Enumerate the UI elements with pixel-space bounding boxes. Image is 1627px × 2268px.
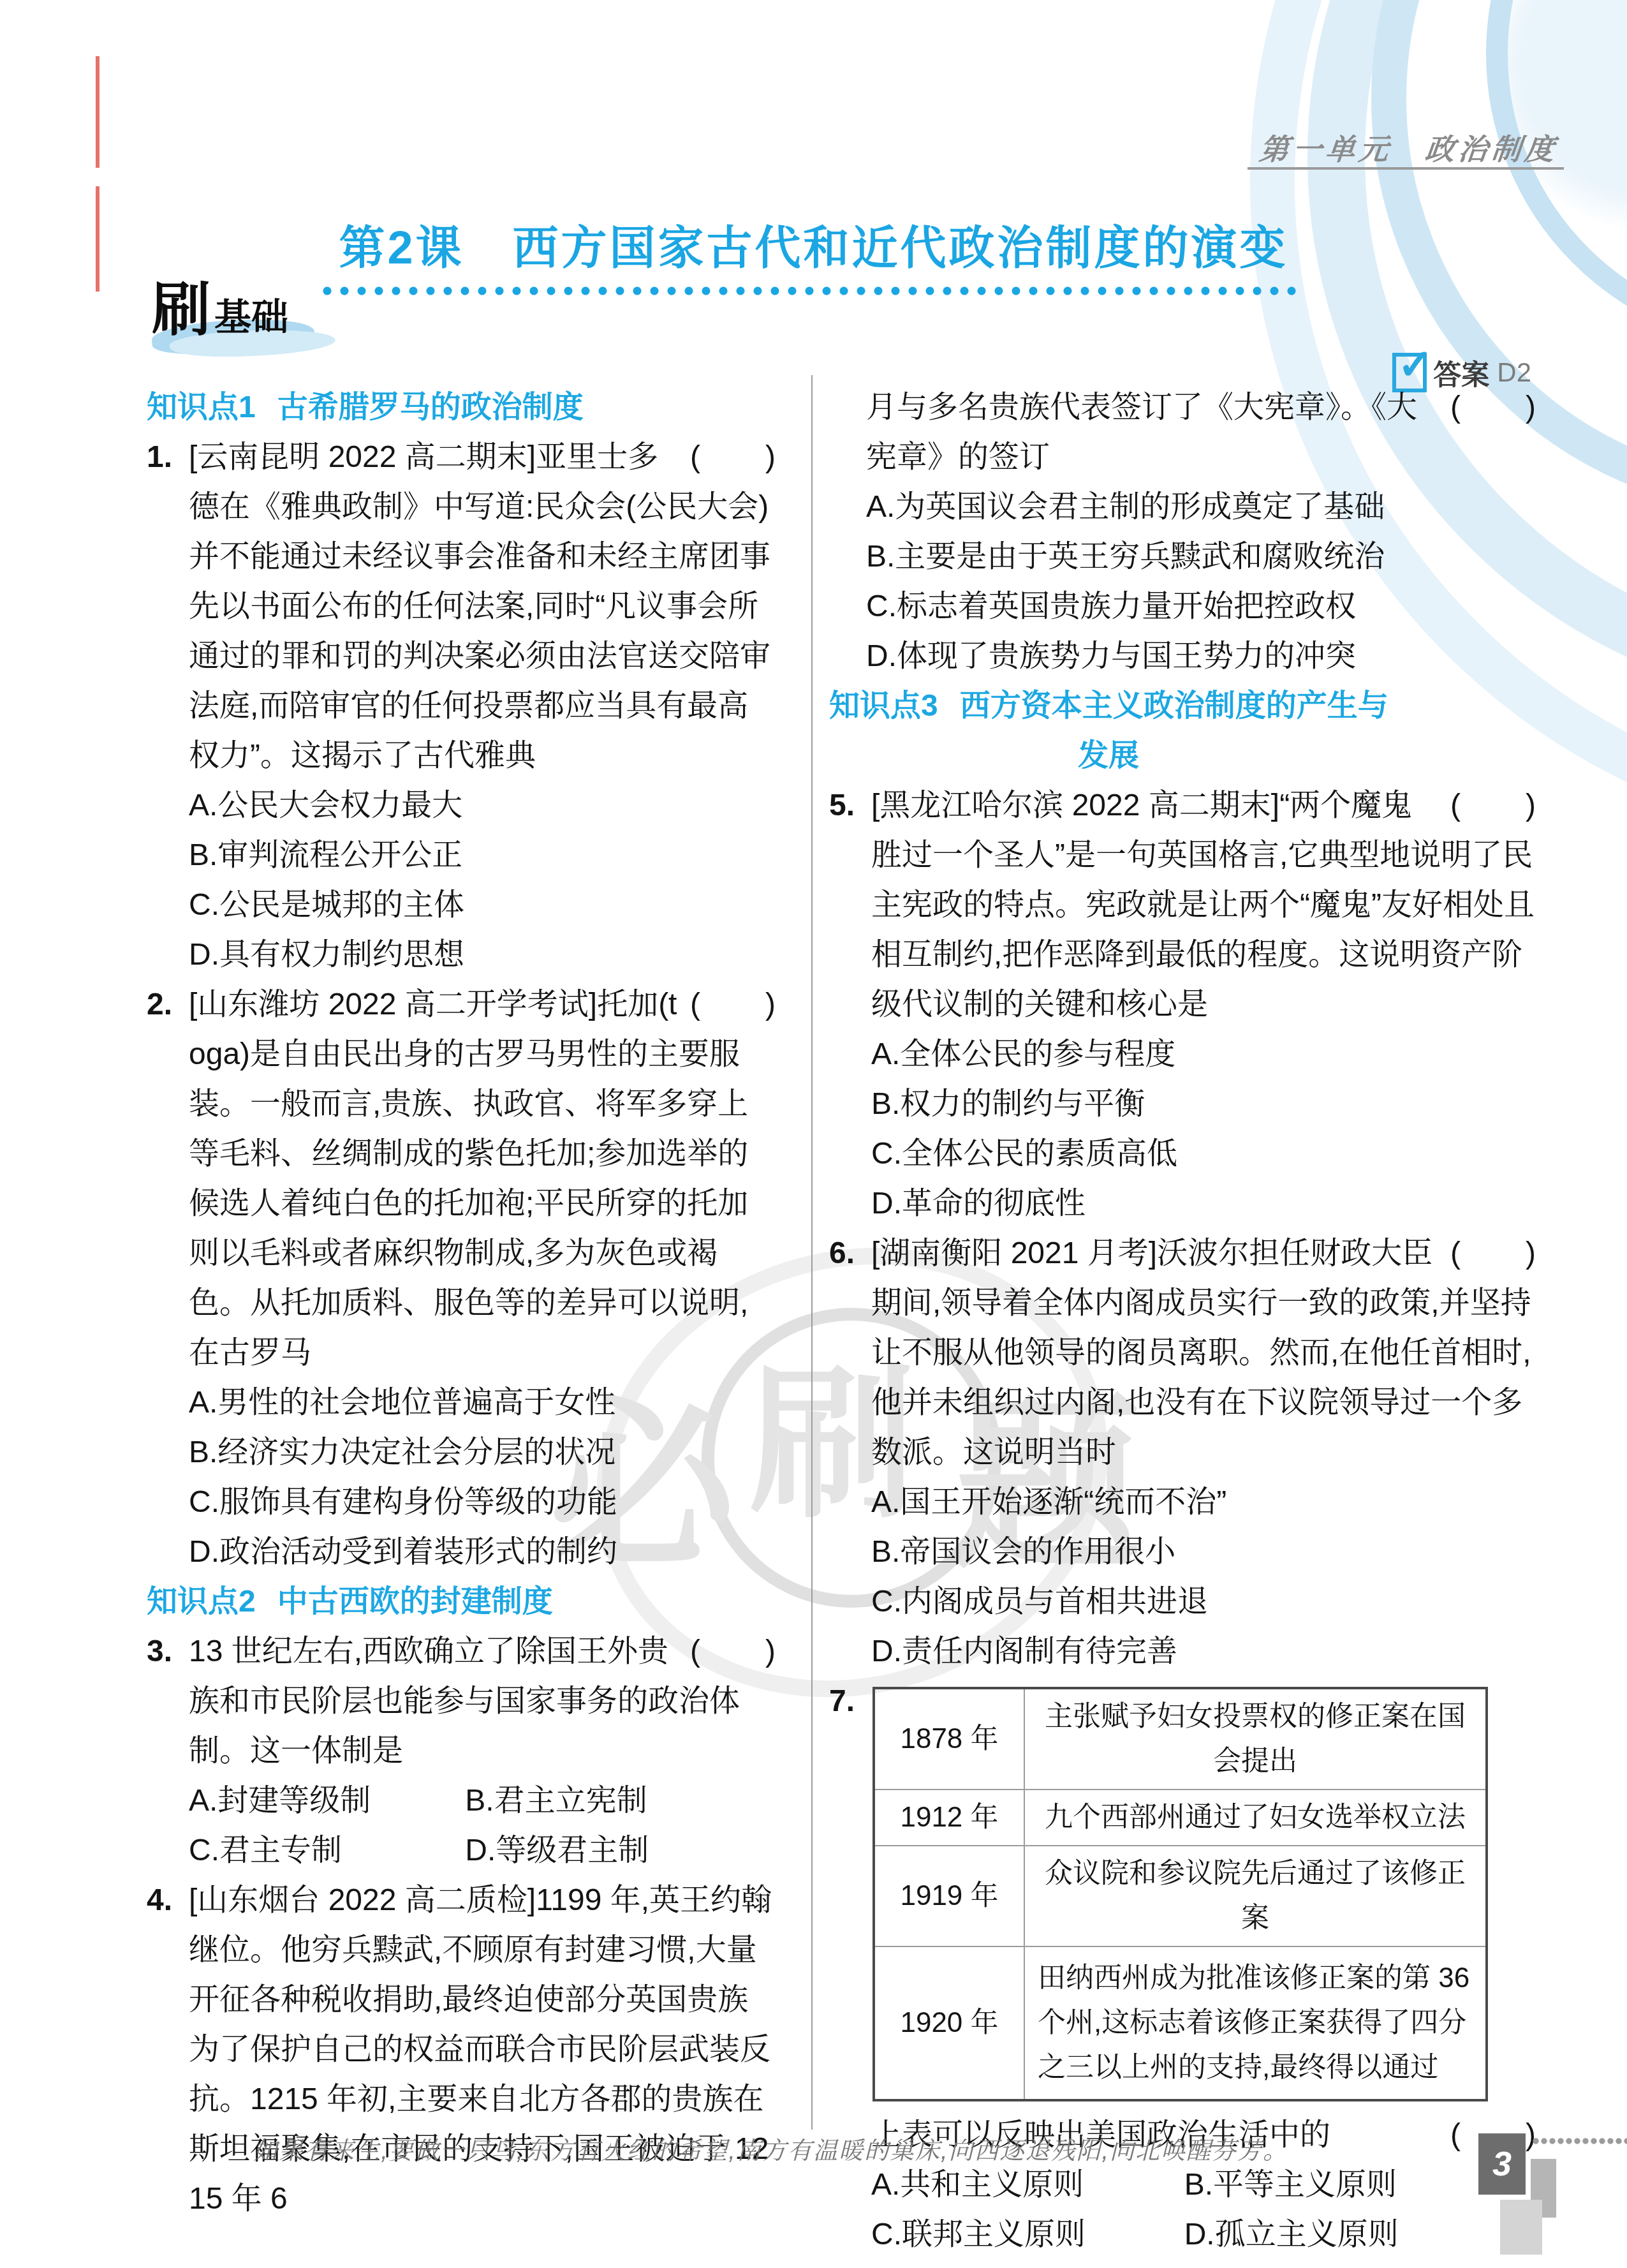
question-body: ( )[湖南衡阳 2021 月考]沃波尔担任财政大臣期间,领导着全体内阁成员实行… [871, 1229, 1537, 1677]
question-stem: ( )[湖南衡阳 2021 月考]沃波尔担任财政大臣期间,领导着全体内阁成员实行… [871, 1229, 1537, 1478]
question-stem: ( )月与多名贵族代表签订了《大宪章》。《大宪章》的签订 [866, 383, 1537, 482]
question-block: 1.( )[云南昆明 2022 高二期末]亚里士多德在《雅典政制》中写道:民众会… [147, 433, 777, 980]
footer-deco-square [1500, 2200, 1542, 2255]
question-stem: ( )[山东潍坊 2022 高二开学考试]托加(toga)是自由民出身的古罗马男… [189, 980, 777, 1378]
option-item: B.权力的制约与平衡 [871, 1079, 1537, 1129]
logo-char-shua: 刷 [152, 278, 210, 343]
column-divider [811, 375, 813, 2130]
option-pair-row: A.共和主义原则B.平等主义原则 [871, 2160, 1537, 2210]
option-item: A.共和主义原则 [871, 2160, 1184, 2210]
section-logo-shua-jichu: 刷基础 [152, 281, 288, 357]
lesson-title: 第2课 西方国家古代和近代政治制度的演变 [0, 211, 1627, 277]
option-item: B.君主立宪制 [465, 1776, 647, 1826]
question-body: ( )13 世纪左右,西欧确立了除国王外贵族和市民阶层也能参与国家事务的政治体制… [189, 1627, 777, 1876]
question-body: ( )[山东潍坊 2022 高二开学考试]托加(toga)是自由民出身的古罗马男… [189, 980, 777, 1577]
answer-bracket: ( ) [1438, 781, 1537, 831]
table-event-cell: 众议院和参议院先后通过了该修正案 [1024, 1846, 1487, 1946]
table-year-cell: 1912 年 [874, 1790, 1024, 1846]
table-event-cell: 九个西部州通过了妇女选举权立法 [1024, 1790, 1487, 1846]
knowledge-point-header: 知识点3西方资本主义政治制度的产生与 [829, 681, 1537, 731]
option-item: D.责任内阁制有待完善 [871, 1627, 1537, 1677]
option-item: B.帝国议会的作用很小 [871, 1527, 1537, 1577]
option-item: C.服饰具有建构身份等级的功能 [189, 1478, 777, 1527]
footer-quote: 如果有来生,要做一只鸟,东方有火红的希望,南方有温暖的巢床,向西逐退残阳,向北唤… [0, 2131, 1288, 2166]
option-pair-row: A.封建等级制B.君主立宪制 [189, 1776, 777, 1826]
page-number-badge: 3 [1478, 2133, 1526, 2195]
option-item: C.君主专制 [189, 1826, 465, 1876]
question-stem: ( )[黑龙江哈尔滨 2022 高二期末]“两个魔鬼胜过一个圣人”是一句英国格言… [871, 781, 1537, 1030]
question-block: 2.( )[山东潍坊 2022 高二开学考试]托加(toga)是自由民出身的古罗… [147, 980, 777, 1577]
knowledge-point-title: 西方资本主义政治制度的产生与 [960, 689, 1388, 723]
option-item: B.审判流程公开公正 [189, 831, 777, 880]
question-stem: [山东烟台 2022 高二质检]1199 年,英王约翰继位。他穷兵黩武,不顾原有… [189, 1876, 777, 2224]
knowledge-point-label: 知识点1 [147, 390, 256, 424]
knowledge-point-title-line2: 发展 [829, 731, 1537, 781]
option-item: D.革命的彻底性 [871, 1179, 1537, 1229]
knowledge-point-title: 古希腊罗马的政治制度 [277, 390, 584, 424]
question-block: 3.( )13 世纪左右,西欧确立了除国王外贵族和市民阶层也能参与国家事务的政治… [147, 1627, 777, 1876]
knowledge-point-label: 知识点3 [829, 689, 938, 723]
option-pair-row: C.君主专制D.等级君主制 [189, 1826, 777, 1876]
option-item: C.全体公民的素质高低 [871, 1129, 1537, 1179]
table-row: 1919 年众议院和参议院先后通过了该修正案 [874, 1846, 1487, 1946]
table-year-cell: 1878 年 [874, 1688, 1024, 1790]
option-item: C.内阁成员与首相共进退 [871, 1577, 1537, 1627]
question-number: 1. [147, 433, 189, 482]
answer-bracket: ( ) [1438, 383, 1537, 433]
option-item: A.男性的社会地位普遍高于女性 [189, 1378, 777, 1428]
option-item: C.公民是城邦的主体 [189, 880, 777, 930]
table-row: 1878 年主张赋予妇女投票权的修正案在国会提出 [874, 1688, 1487, 1790]
knowledge-point-label: 知识点2 [147, 1585, 256, 1619]
question-body: ( )[云南昆明 2022 高二期末]亚里士多德在《雅典政制》中写道:民众会(公… [189, 433, 777, 980]
option-item: D.体现了贵族势力与国王势力的冲突 [866, 632, 1537, 681]
option-item: A.为英国议会君主制的形成奠定了基础 [866, 482, 1537, 532]
question-body: ( )[黑龙江哈尔滨 2022 高二期末]“两个魔鬼胜过一个圣人”是一句英国格言… [871, 781, 1537, 1229]
question-number: 5. [829, 781, 871, 831]
option-item: C.联邦主义原则 [871, 2210, 1184, 2260]
option-item: A.国王开始逐渐“统而不治” [871, 1478, 1537, 1527]
option-item: A.封建等级制 [189, 1776, 465, 1826]
unit-header-underline [1248, 167, 1564, 170]
option-item: A.公民大会权力最大 [189, 781, 777, 831]
question-table: 1878 年主张赋予妇女投票权的修正案在国会提出1912 年九个西部州通过了妇女… [872, 1687, 1488, 2101]
footer-dotted-line [1532, 2137, 1627, 2145]
question-stem: ( )13 世纪左右,西欧确立了除国王外贵族和市民阶层也能参与国家事务的政治体制… [189, 1627, 777, 1776]
question-body: [山东烟台 2022 高二质检]1199 年,英王约翰继位。他穷兵黩武,不顾原有… [189, 1876, 777, 2224]
title-dotted-underline [322, 286, 1304, 296]
answer-bracket: ( ) [1438, 1229, 1537, 1279]
answer-bracket: ( ) [677, 980, 777, 1030]
question-block: 4.[山东烟台 2022 高二质检]1199 年,英王约翰继位。他穷兵黩武,不顾… [147, 1876, 777, 2224]
answer-bracket: ( ) [677, 433, 777, 482]
table-row: 1920 年田纳西州成为批准该修正案的第 36 个州,这标志着该修正案获得了四分… [874, 1946, 1487, 2100]
option-item: D.孤立主义原则 [1184, 2210, 1399, 2260]
option-item: B.平等主义原则 [1184, 2160, 1397, 2210]
question-stem: ( )[云南昆明 2022 高二期末]亚里士多德在《雅典政制》中写道:民众会(公… [189, 433, 777, 781]
option-item: D.具有权力制约思想 [189, 930, 777, 980]
option-item: D.政治活动受到着装形式的制约 [189, 1527, 777, 1577]
option-item: B.经济实力决定社会分层的状况 [189, 1428, 777, 1478]
table-year-cell: 1919 年 [874, 1846, 1024, 1946]
question-continuation: ( )月与多名贵族代表签订了《大宪章》。《大宪章》的签订A.为英国议会君主制的形… [866, 383, 1537, 681]
question-number: 3. [147, 1627, 189, 1677]
scan-edge-mark [96, 56, 99, 168]
left-column: 知识点1古希腊罗马的政治制度1.( )[云南昆明 2022 高二期末]亚里士多德… [147, 383, 777, 2224]
table-row: 1912 年九个西部州通过了妇女选举权立法 [874, 1790, 1487, 1846]
knowledge-point-title: 中古西欧的封建制度 [277, 1585, 553, 1619]
knowledge-point-header: 知识点1古希腊罗马的政治制度 [147, 383, 777, 433]
knowledge-point-header: 知识点2中古西欧的封建制度 [147, 1577, 777, 1627]
question-block: 5.( )[黑龙江哈尔滨 2022 高二期末]“两个魔鬼胜过一个圣人”是一句英国… [829, 781, 1537, 1229]
table-year-cell: 1920 年 [874, 1946, 1024, 2100]
question-number: 6. [829, 1229, 871, 1279]
option-item: A.全体公民的参与程度 [871, 1030, 1537, 1079]
logo-text-jichu: 基础 [214, 297, 288, 338]
table-event-cell: 主张赋予妇女投票权的修正案在国会提出 [1024, 1688, 1487, 1790]
table-event-cell: 田纳西州成为批准该修正案的第 36 个州,这标志着该修正案获得了四分之三以上州的… [1024, 1946, 1487, 2100]
question-block: 6.( )[湖南衡阳 2021 月考]沃波尔担任财政大臣期间,领导着全体内阁成员… [829, 1229, 1537, 1677]
question-block: 7.1878 年主张赋予妇女投票权的修正案在国会提出1912 年九个西部州通过了… [829, 1677, 1537, 2260]
option-pair-row: C.联邦主义原则D.孤立主义原则 [871, 2210, 1537, 2260]
answer-bracket: ( ) [677, 1627, 777, 1677]
question-number: 2. [147, 980, 189, 1030]
option-item: D.等级君主制 [465, 1826, 649, 1876]
question-number: 4. [147, 1876, 189, 1925]
checkmark-icon: ✓ [1397, 340, 1432, 389]
unit-header: 第一单元 政治制度 [1258, 126, 1561, 168]
question-body: 1878 年主张赋予妇女投票权的修正案在国会提出1912 年九个西部州通过了妇女… [871, 1677, 1537, 2260]
question-number: 7. [829, 1677, 871, 1726]
option-item: B.主要是由于英王穷兵黩武和腐败统治 [866, 532, 1537, 582]
right-column: ( )月与多名贵族代表签订了《大宪章》。《大宪章》的签订A.为英国议会君主制的形… [829, 383, 1537, 2260]
option-item: C.标志着英国贵族力量开始把控政权 [866, 582, 1537, 632]
workbook-page: 必 刷 题 第一单元 政治制度 第2课 西方国家古代和近代政治制度的演变 刷基础… [0, 0, 1627, 2268]
